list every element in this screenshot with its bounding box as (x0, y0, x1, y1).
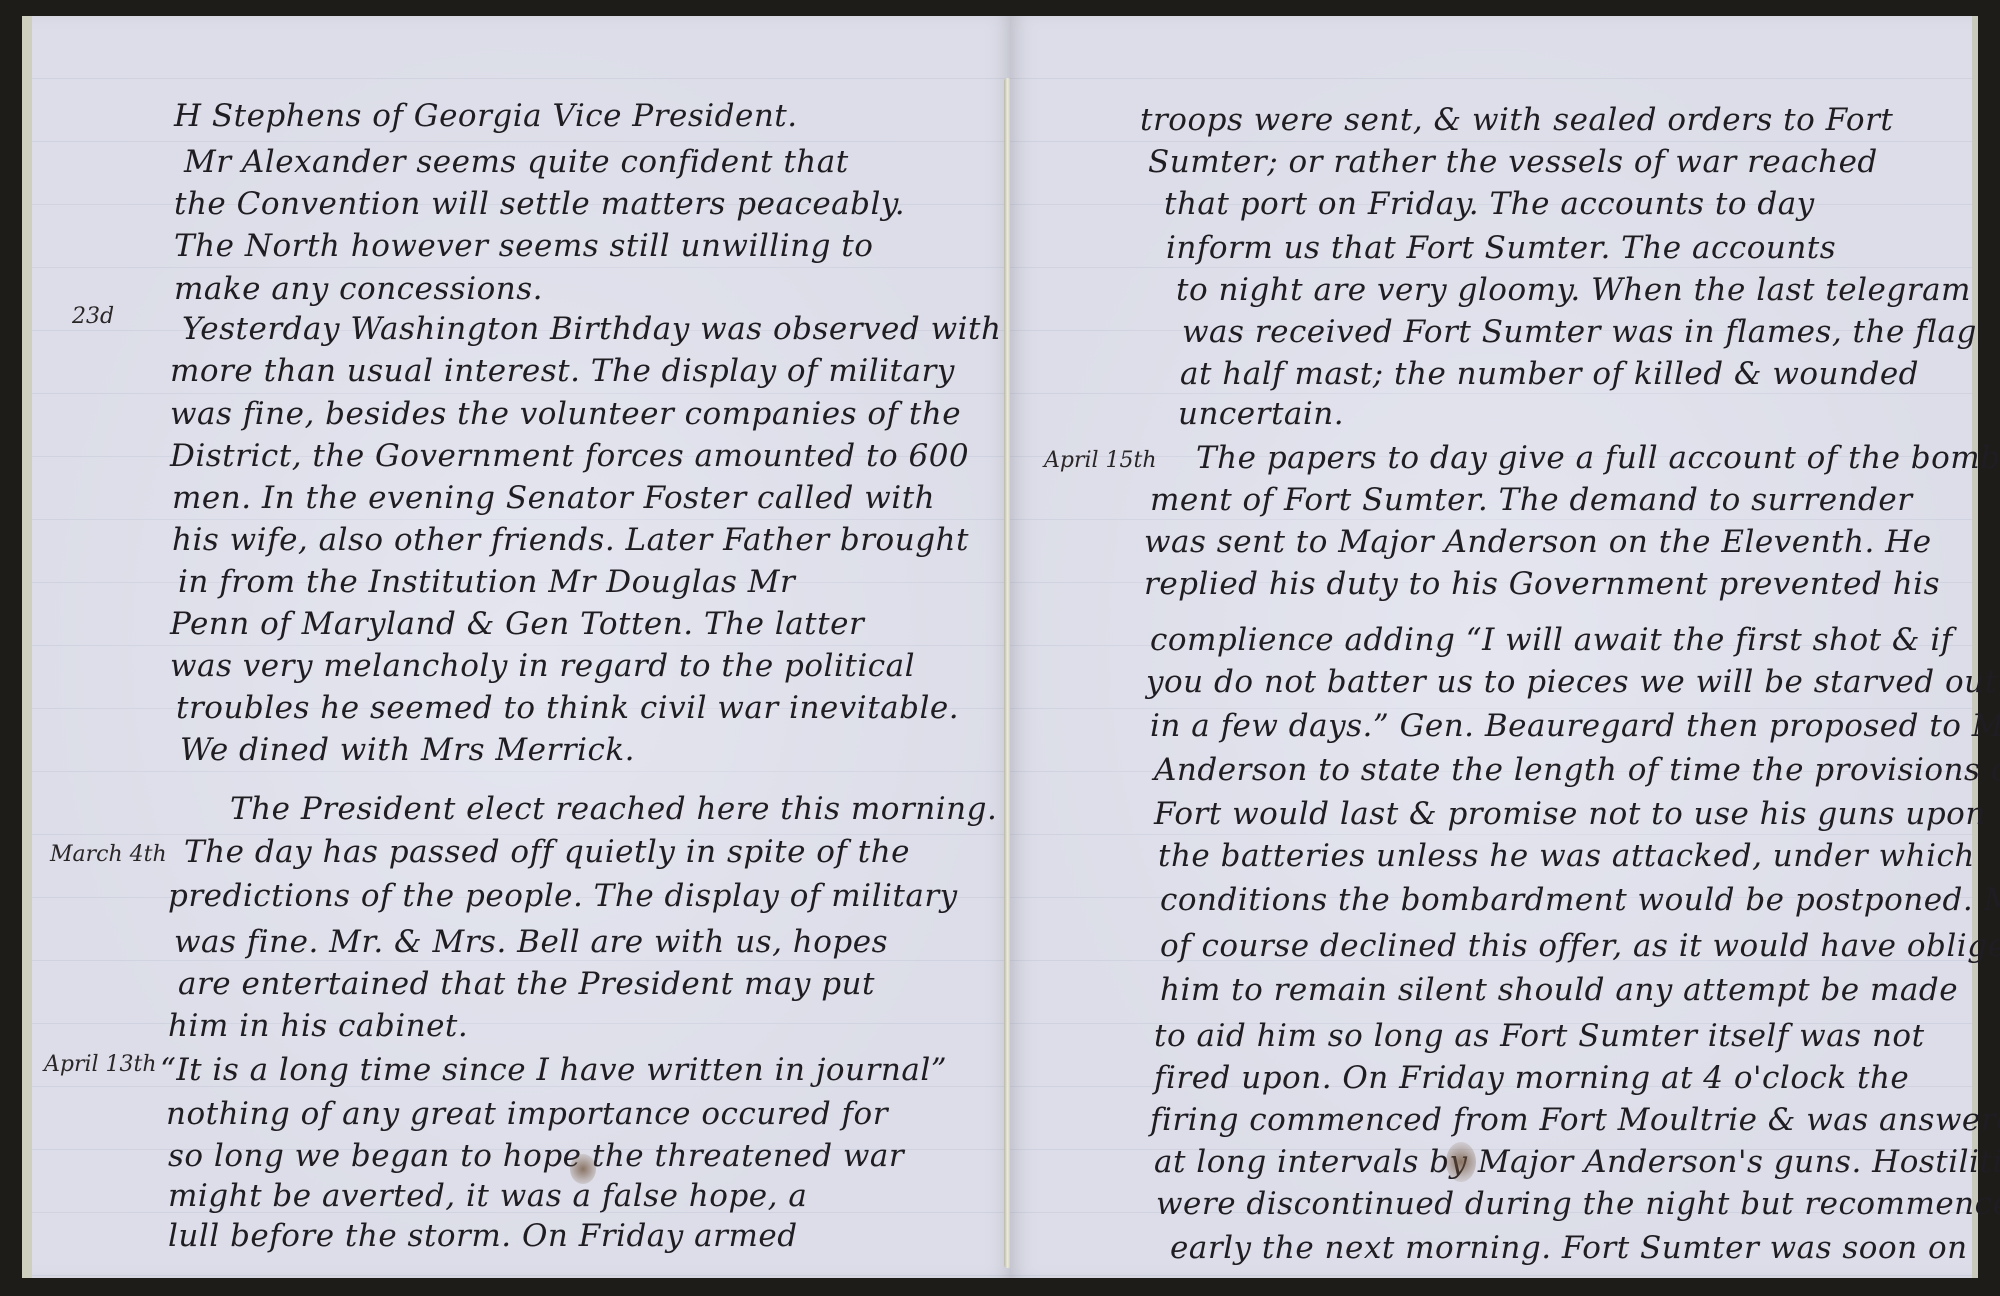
journal-line: conditions the bombardment would be post… (1160, 882, 2000, 918)
journal-line: The North however seems still unwilling … (174, 228, 873, 264)
journal-line: at long intervals by Major Anderson's gu… (1154, 1144, 2000, 1180)
journal-line: was fine, besides the volunteer companie… (170, 396, 961, 432)
journal-line: Fort would last & promise not to use his… (1154, 796, 1986, 832)
journal-line: was sent to Major Anderson on the Eleven… (1144, 524, 1932, 560)
journal-spread: ​ 23d March 4th April 13th H Stephens of… (0, 0, 2000, 1296)
journal-line: was fine. Mr. & Mrs. Bell are with us, h… (174, 924, 888, 960)
journal-line: Yesterday Washington Birthday was observ… (182, 311, 1001, 347)
journal-line: might be averted, it was a false hope, a (168, 1178, 807, 1214)
journal-line: you do not batter us to pieces we will b… (1146, 664, 1998, 700)
journal-line: We dined with Mrs Merrick. (180, 732, 635, 768)
journal-line: him to remain silent should any attempt … (1160, 972, 1958, 1008)
journal-line: troops were sent, & with sealed orders t… (1140, 102, 1893, 138)
journal-line: were discontinued during the night but r… (1156, 1186, 2000, 1222)
ink-stain (1446, 1142, 1476, 1182)
journal-line: early the next morning. Fort Sumter was … (1170, 1230, 1968, 1266)
margin-date: April 15th (1044, 448, 1157, 473)
ink-stain (570, 1154, 596, 1184)
journal-line: The day has passed off quietly in spite … (184, 834, 910, 870)
journal-line: Penn of Maryland & Gen Totten. The latte… (170, 606, 864, 642)
journal-line: are entertained that the President may p… (178, 966, 875, 1002)
journal-line: at half mast; the number of killed & wou… (1180, 356, 1919, 392)
journal-line: the batteries unless he was attacked, un… (1158, 838, 1975, 874)
journal-line: make any concessions. (174, 271, 543, 307)
journal-line: in from the Institution Mr Douglas Mr (178, 564, 795, 600)
journal-line: his wife, also other friends. Later Fath… (172, 522, 969, 558)
journal-line: Anderson to state the length of time the… (1154, 752, 2000, 788)
journal-line: “It is a long time since I have written … (160, 1052, 947, 1088)
journal-line: nothing of any great importance occured … (166, 1096, 888, 1132)
journal-line: fired upon. On Friday morning at 4 o'clo… (1154, 1060, 1909, 1096)
journal-line: firing commenced from Fort Moultrie & wa… (1150, 1102, 2000, 1138)
journal-line: to aid him so long as Fort Sumter itself… (1154, 1018, 1925, 1054)
journal-line: was very melancholy in regard to the pol… (170, 648, 915, 684)
margin-date: March 4th (50, 842, 167, 867)
journal-line: uncertain. (1178, 396, 1344, 432)
journal-line: of course declined this offer, as it wou… (1160, 928, 2000, 964)
journal-line: complience adding “I will await the firs… (1150, 622, 1953, 658)
journal-line: The papers to day give a full account of… (1196, 440, 2000, 476)
journal-line: him in his cabinet. (168, 1008, 468, 1044)
journal-line: so long we began to hope the threatened … (168, 1138, 904, 1174)
journal-line: replied his duty to his Government preve… (1144, 566, 1940, 602)
journal-line: ment of Fort Sumter. The demand to surre… (1150, 482, 1913, 518)
journal-line: predictions of the people. The display o… (168, 878, 958, 914)
journal-line: inform us that Fort Sumter. The accounts (1166, 230, 1836, 266)
journal-line: H Stephens of Georgia Vice President. (174, 98, 798, 134)
journal-line: that port on Friday. The accounts to day (1164, 186, 1815, 222)
journal-line: was received Fort Sumter was in flames, … (1182, 314, 1977, 350)
journal-line: the Convention will settle matters peace… (174, 186, 905, 222)
right-page: April 15th troops were sent, & with seal… (1010, 16, 1978, 1278)
journal-line: more than usual interest. The display of… (170, 353, 955, 389)
margin-date: 23d (72, 304, 114, 329)
journal-line: District, the Government forces amounted… (170, 438, 969, 474)
journal-line: The President elect reached here this mo… (230, 791, 997, 827)
journal-line: lull before the storm. On Friday armed (168, 1218, 798, 1254)
journal-line: troubles he seemed to think civil war in… (176, 690, 959, 726)
journal-line: to night are very gloomy. When the last … (1176, 272, 1971, 308)
margin-date: April 13th (44, 1052, 157, 1077)
left-page: ​ 23d March 4th April 13th H Stephens of… (22, 16, 1012, 1278)
journal-line: men. In the evening Senator Foster calle… (172, 480, 935, 516)
journal-line: Sumter; or rather the vessels of war rea… (1148, 144, 1878, 180)
journal-line: in a few days.” Gen. Beauregard then pro… (1150, 708, 2000, 744)
journal-line: Mr Alexander seems quite confident that (184, 144, 849, 180)
